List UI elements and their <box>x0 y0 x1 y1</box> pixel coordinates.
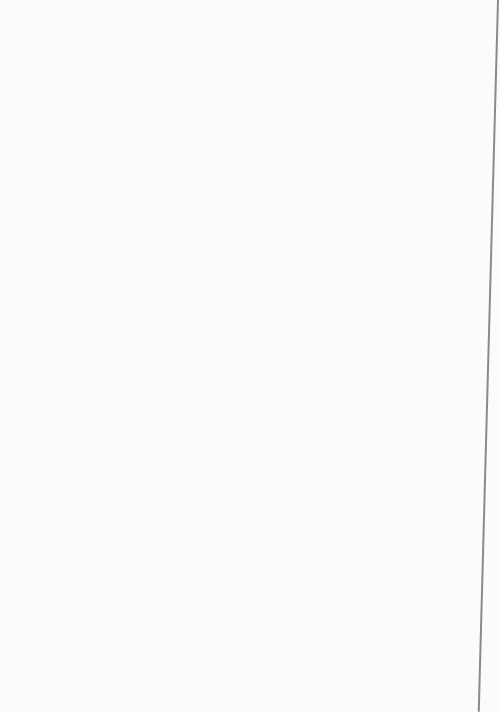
page-edge-line <box>478 0 499 712</box>
